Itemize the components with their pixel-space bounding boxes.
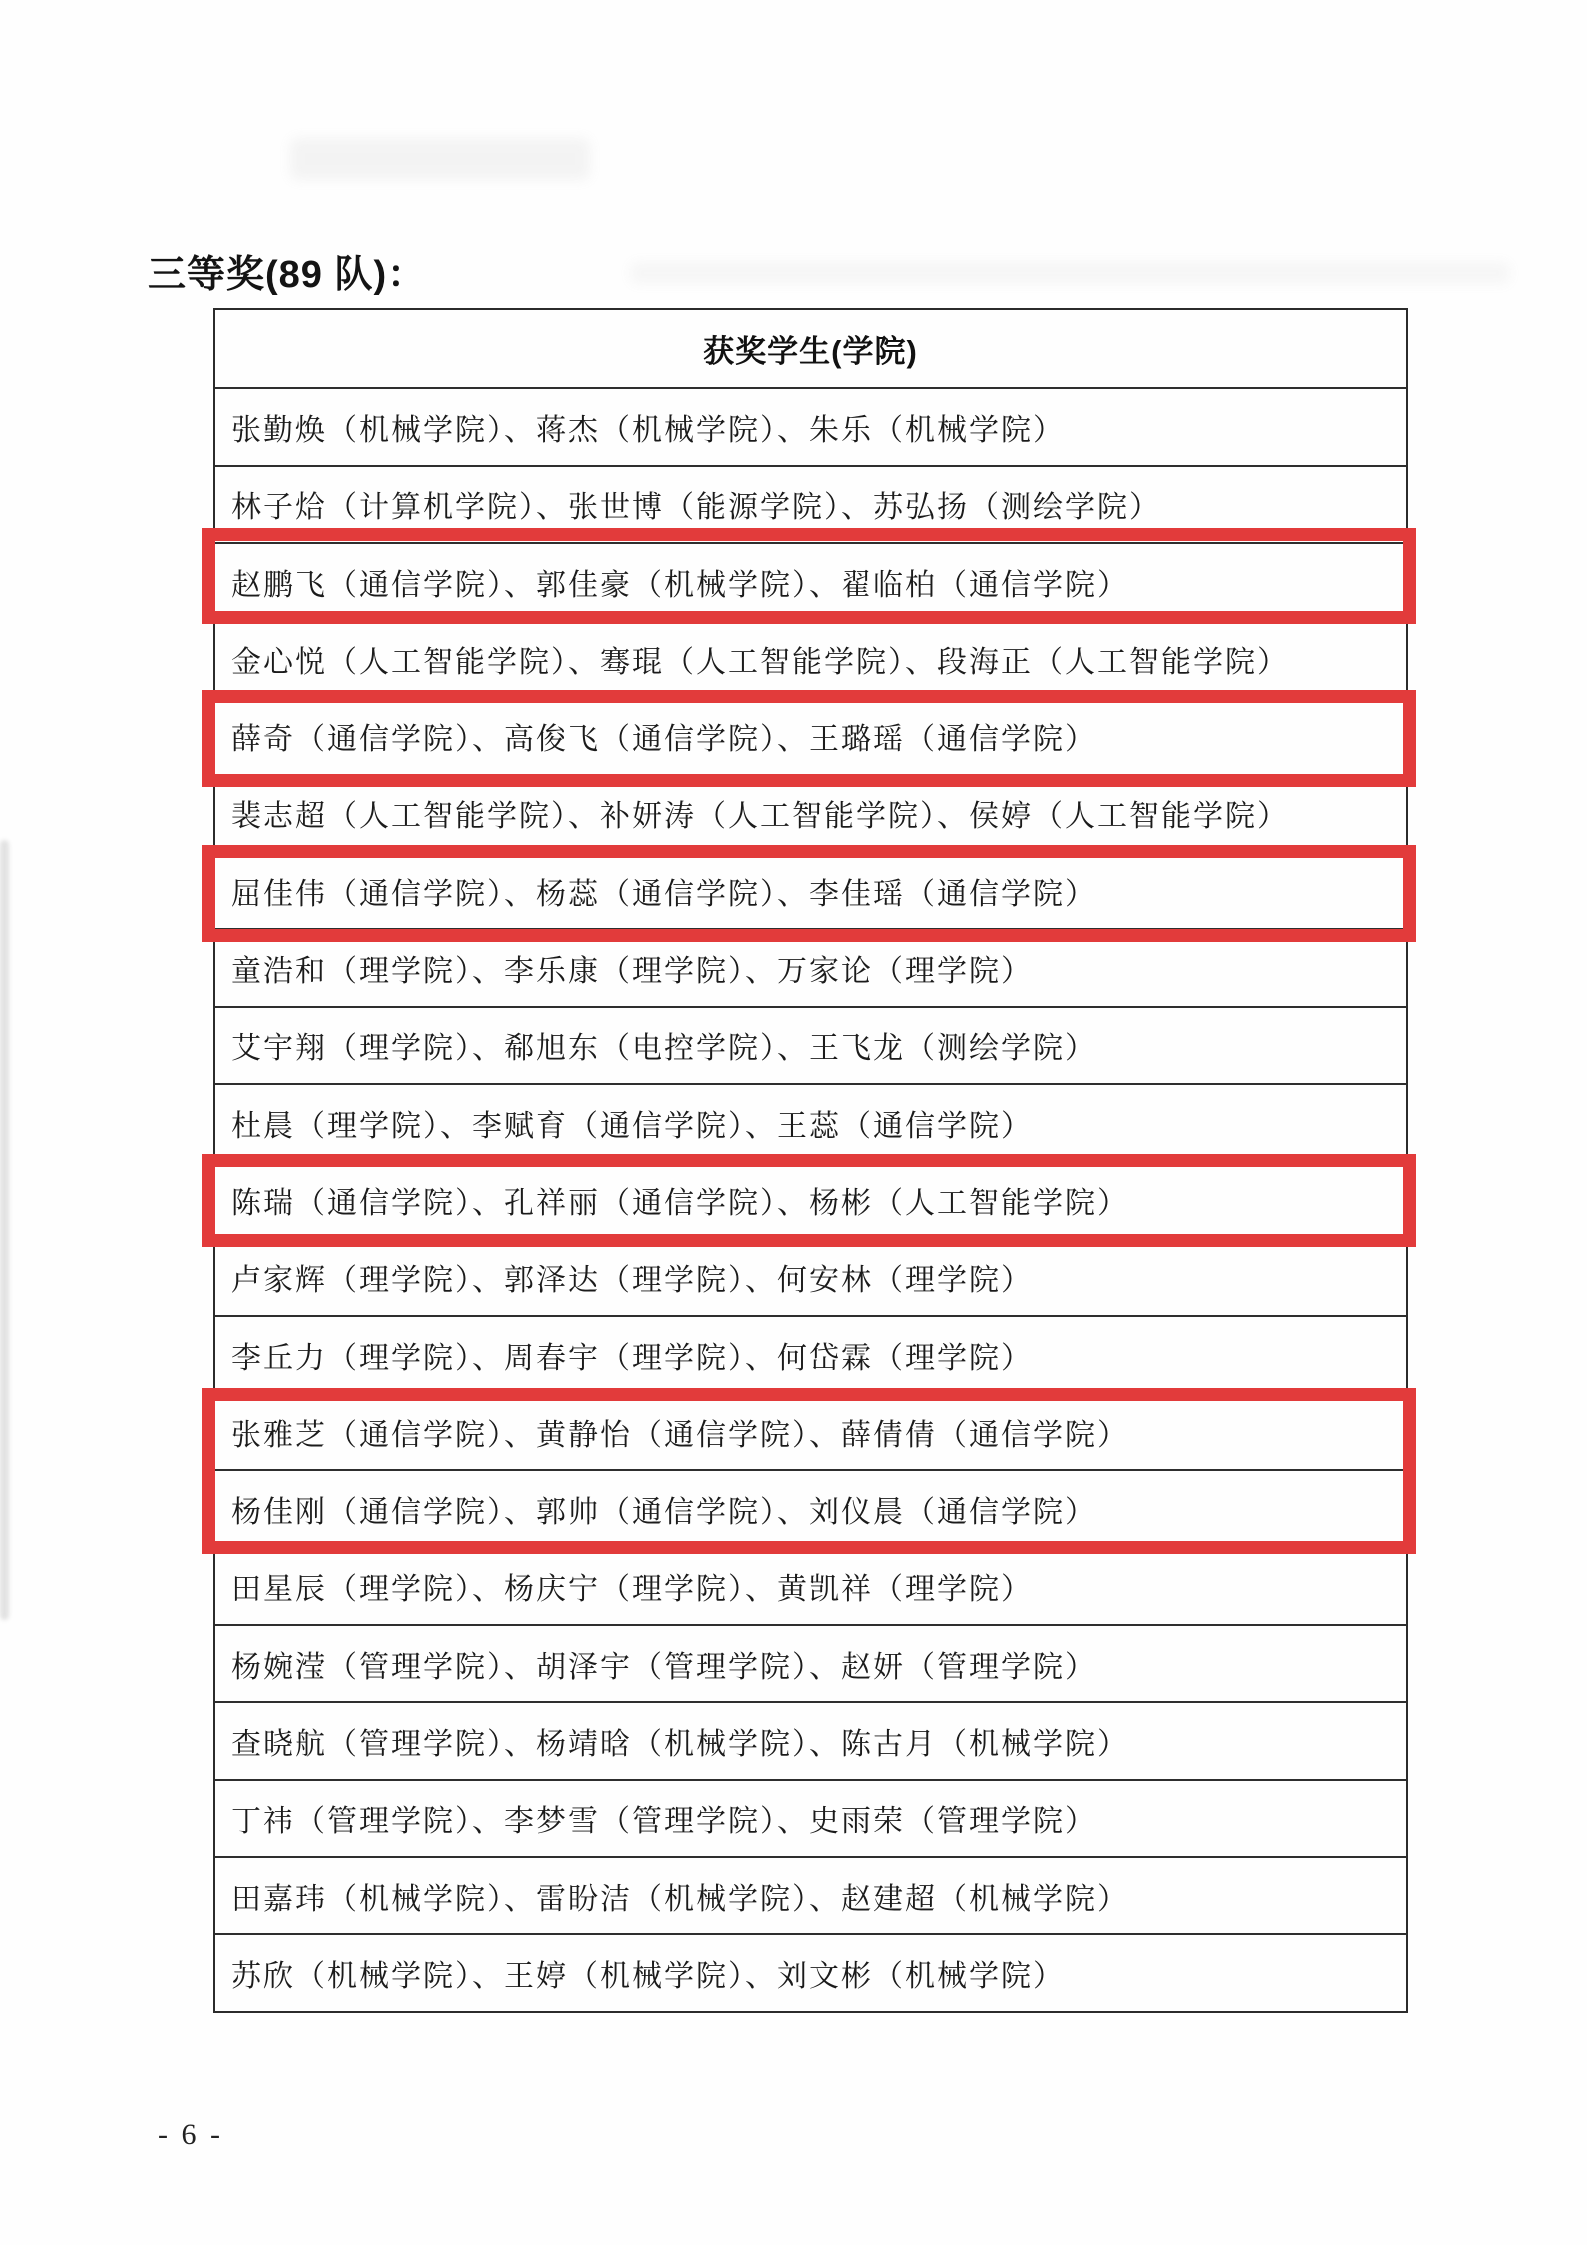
table-row: 林子烚（计算机学院）、张世博（能源学院）、苏弘扬（测绘学院）	[215, 465, 1406, 542]
table-row: 杜晨（理学院）、李赋育（通信学院）、王蕊（通信学院）	[215, 1083, 1406, 1160]
awards-table: 获奖学生(学院) 张勤焕（机械学院）、蒋杰（机械学院）、朱乐（机械学院） 林子烚…	[213, 308, 1408, 2013]
table-row: 金心悦（人工智能学院）、骞琨（人工智能学院）、段海正（人工智能学院）	[215, 619, 1406, 696]
table-row-highlighted: 赵鹏飞（通信学院）、郭佳豪（机械学院）、翟临柏（通信学院）	[215, 542, 1406, 619]
table-row: 裴志超（人工智能学院）、补妍涛（人工智能学院）、侯婷（人工智能学院）	[215, 774, 1406, 851]
table-row-highlighted: 陈瑞（通信学院）、孔祥丽（通信学院）、杨彬（人工智能学院）	[215, 1160, 1406, 1237]
section-title: 三等奖(89 队)：	[148, 243, 426, 298]
table-row: 卢家辉（理学院）、郭泽达（理学院）、何安林（理学院）	[215, 1238, 1406, 1315]
table-row-highlighted: 杨佳刚（通信学院）、郭帅（通信学院）、刘仪晨（通信学院）	[215, 1469, 1406, 1546]
table-header-cell: 获奖学生(学院)	[215, 310, 1406, 387]
table-row-highlighted: 薛奇（通信学院）、高俊飞（通信学院）、王璐瑶（通信学院）	[215, 696, 1406, 773]
document-page: 三等奖(89 队)： 获奖学生(学院) 张勤焕（机械学院）、蒋杰（机械学院）、朱…	[0, 0, 1587, 2245]
table-row: 田星辰（理学院）、杨庆宁（理学院）、黄凯祥（理学院）	[215, 1547, 1406, 1624]
table-row: 童浩和（理学院）、李乐康（理学院）、万家论（理学院）	[215, 928, 1406, 1005]
table-row-highlighted: 张雅芝（通信学院）、黄静怡（通信学院）、薛倩倩（通信学院）	[215, 1392, 1406, 1469]
table-row: 张勤焕（机械学院）、蒋杰（机械学院）、朱乐（机械学院）	[215, 387, 1406, 464]
scan-smudge	[630, 262, 1510, 284]
page-number: - 6 -	[158, 2118, 223, 2152]
table-row: 苏欣（机械学院）、王婷（机械学院）、刘文彬（机械学院）	[215, 1933, 1406, 2010]
table-row: 李丘力（理学院）、周春宇（理学院）、何岱霖（理学院）	[215, 1315, 1406, 1392]
table-row: 丁祎（管理学院）、李梦雪（管理学院）、史雨荣（管理学院）	[215, 1779, 1406, 1856]
table-row: 查晓航（管理学院）、杨靖晗（机械学院）、陈古月（机械学院）	[215, 1701, 1406, 1778]
scan-smudge	[290, 138, 590, 180]
table-row: 杨婉滢（管理学院）、胡泽宇（管理学院）、赵妍（管理学院）	[215, 1624, 1406, 1701]
table-row: 田嘉玮（机械学院）、雷盼洁（机械学院）、赵建超（机械学院）	[215, 1856, 1406, 1933]
scan-edge-artifact	[0, 840, 9, 1620]
table-row: 艾宇翔（理学院）、郗旭东（电控学院）、王飞龙（测绘学院）	[215, 1006, 1406, 1083]
table-row-highlighted: 屈佳伟（通信学院）、杨蕊（通信学院）、李佳瑶（通信学院）	[215, 851, 1406, 928]
